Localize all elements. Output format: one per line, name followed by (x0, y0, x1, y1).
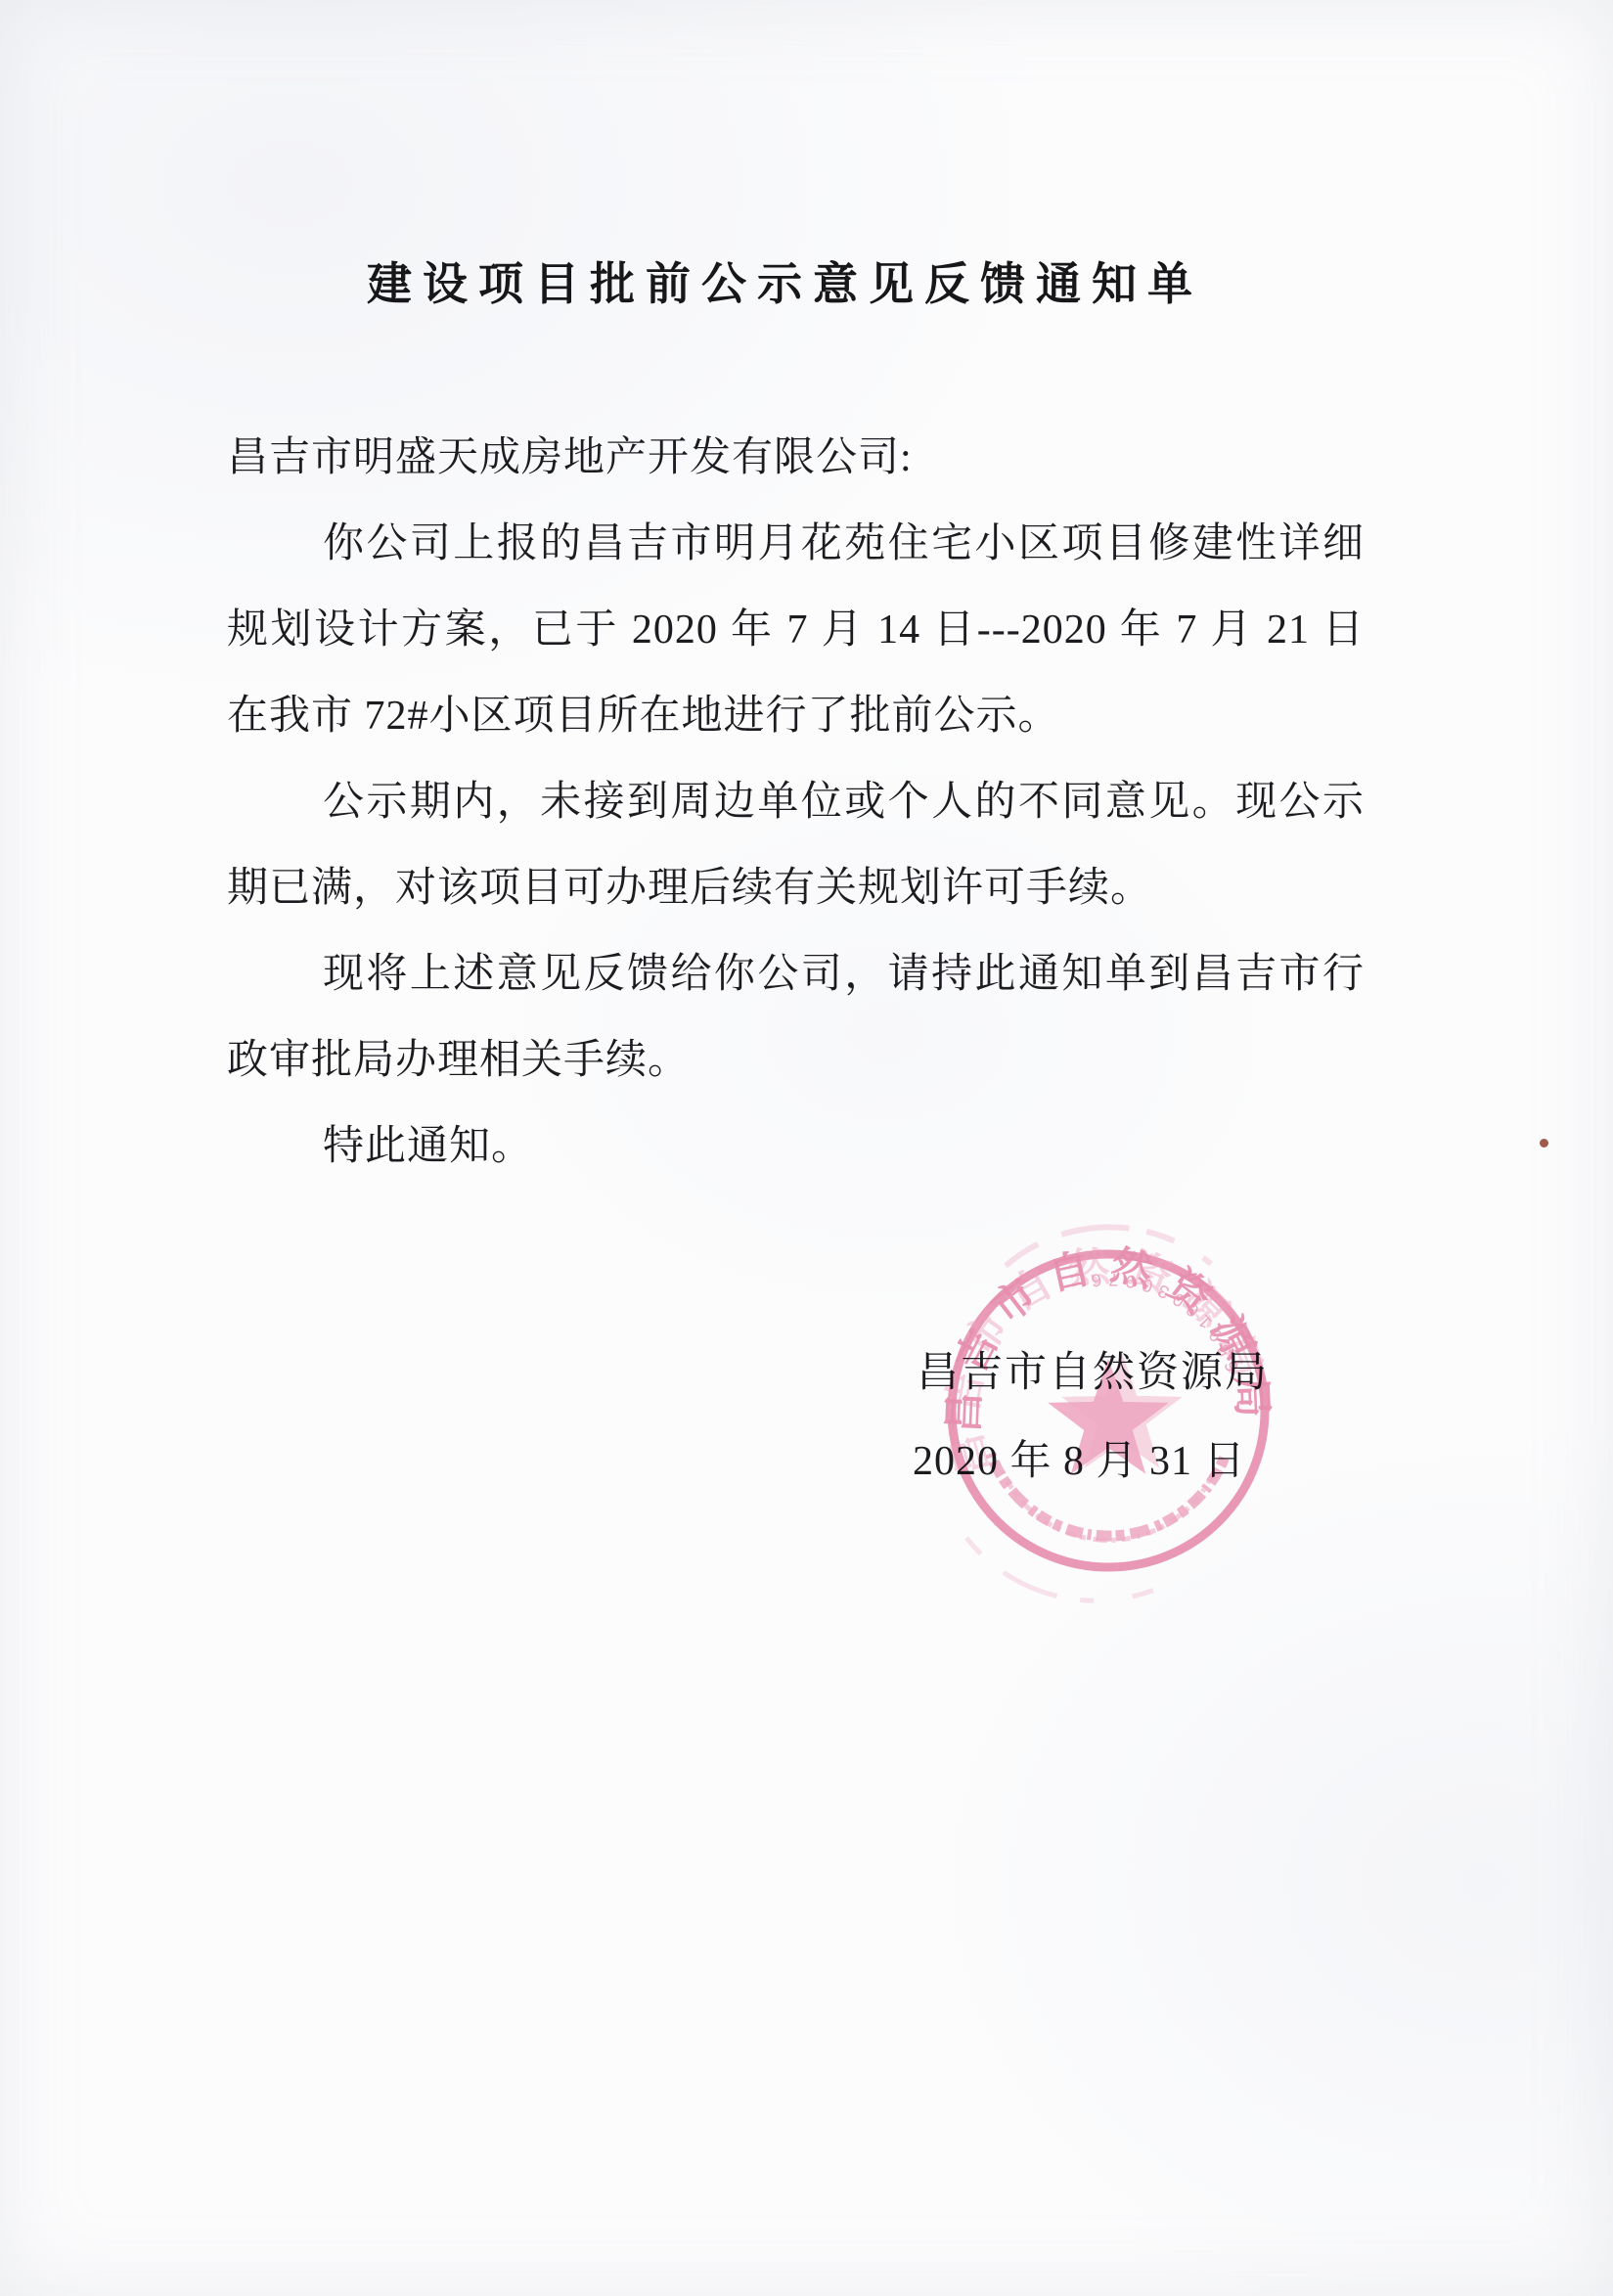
body-line: 规划设计方案，已于 2020 年 7 月 14 日---2020 年 7 月 2… (227, 587, 1365, 673)
official-seal-stamp: 昌吉市自然资源局 昌吉市自然资源局 65910030976 (913, 1215, 1304, 1606)
seal-svg: 昌吉市自然资源局 昌吉市自然资源局 65910030976 (913, 1215, 1304, 1606)
body-line: 你公司上报的昌吉市明月花苑住宅小区项目修建性详细 (227, 501, 1365, 587)
signature-date: 2020 年 8 月 31 日 (913, 1432, 1246, 1491)
seal-ring (952, 1254, 1265, 1567)
body-line: 期已满，对该项目可办理后续有关规划许可手续。 (227, 845, 1365, 931)
document-body: 昌吉市明盛天成房地产开发有限公司: 你公司上报的昌吉市明月花苑住宅小区项目修建性… (227, 415, 1365, 1190)
body-line: 现将上述意见反馈给你公司，请持此通知单到昌吉市行 (227, 931, 1365, 1017)
body-line: 公示期内，未接到周边单位或个人的不同意见。现公示 (227, 759, 1365, 845)
body-line: 政审批局办理相关手续。 (227, 1017, 1365, 1103)
ink-dot-artifact (1540, 1139, 1548, 1148)
body-line: 在我市 72#小区项目所在地进行了批前公示。 (227, 673, 1365, 759)
seal-ghost-arc-top (1006, 1227, 1211, 1266)
document-title: 建设项目批前公示意见反馈通知单 (0, 255, 1591, 314)
seal-arc-text: 昌吉市自然资源局 (942, 1242, 1275, 1434)
scanned-document-sheet: 建设项目批前公示意见反馈通知单 昌吉市明盛天成房地产开发有限公司: 你公司上报的… (0, 0, 1613, 2296)
seal-ghost-arc-bottom (966, 1538, 1157, 1600)
addressee-line: 昌吉市明盛天成房地产开发有限公司: (227, 415, 1365, 501)
closing-line: 特此通知。 (227, 1103, 1365, 1190)
signature-agency: 昌吉市自然资源局 (917, 1344, 1269, 1403)
